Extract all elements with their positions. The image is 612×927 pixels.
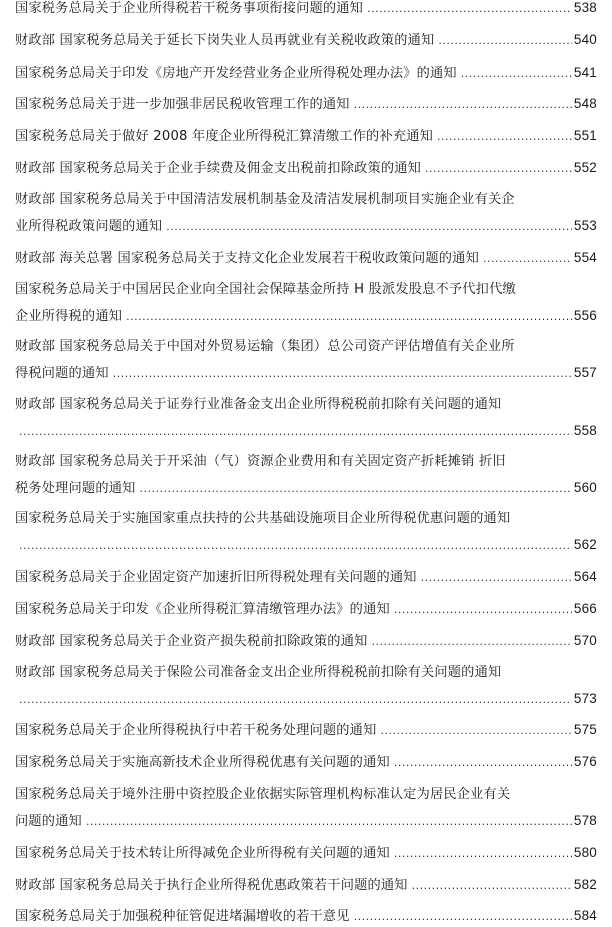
page-number: 556 xyxy=(574,303,597,329)
page-number: 541 xyxy=(574,60,597,86)
toc-entry[interactable]: 财政部 国家税务总局关于延长下岗失业人员再就业有关税收政策的通知540 xyxy=(15,27,597,54)
page-number: 575 xyxy=(574,717,597,743)
toc-entry[interactable]: 国家税务总局关于做好 2008 年度企业所得税汇算清缴工作的补充通知551 xyxy=(15,123,597,150)
entry-title-line-2: 得税问题的通知 xyxy=(15,361,109,387)
entry-title: 国家税务总局关于印发《房地产开发经营业务企业所得税处理办法》的通知 xyxy=(15,61,457,87)
entry-title: 国家税务总局关于技术转让所得减免企业所得税有关问题的通知 xyxy=(15,841,390,867)
toc-entry[interactable]: 财政部 国家税务总局关于执行企业所得税优惠政策若干问题的通知582 xyxy=(15,872,597,899)
page-number: 564 xyxy=(574,564,597,590)
leader-dots xyxy=(437,124,572,150)
toc-entry[interactable]: 财政部 国家税务总局关于中国清洁发展机制基金及清洁发展机制项目实施企业有关企 业… xyxy=(15,187,597,239)
toc-entry[interactable]: 国家税务总局关于实施高新技术企业所得税优惠有关问题的通知576 xyxy=(15,749,597,776)
entry-title-line-1: 财政部 国家税务总局关于证券行业准备金支出企业所得税税前扣除有关问题的通知 xyxy=(15,392,597,418)
entry-title-line-1: 国家税务总局关于中国居民企业向全国社会保障基金所持 H 股派发股息不予代扣代缴 xyxy=(15,277,597,303)
entry-title-line-1: 财政部 国家税务总局关于保险公司准备金支出企业所得税税前扣除有关问题的通知 xyxy=(15,660,597,686)
page-number: 553 xyxy=(574,213,597,239)
leader-dots xyxy=(421,565,572,591)
leader-dots xyxy=(86,809,572,835)
toc-entry[interactable]: 国家税务总局关于中国居民企业向全国社会保障基金所持 H 股派发股息不予代扣代缴 … xyxy=(15,277,597,329)
page-number: 552 xyxy=(574,155,597,181)
entry-title: 国家税务总局关于企业所得税执行中若干税务处理问题的通知 xyxy=(15,718,376,744)
entry-title: 国家税务总局关于实施高新技术企业所得税优惠有关问题的通知 xyxy=(15,750,390,776)
leader-dots xyxy=(19,419,572,445)
page-number: 560 xyxy=(574,475,597,501)
toc-entry[interactable]: 国家税务总局关于境外注册中资控股企业依据实际管理机构标准认定为居民企业有关 问题… xyxy=(15,782,597,834)
entry-title-line-1: 财政部 国家税务总局关于中国清洁发展机制基金及清洁发展机制项目实施企业有关企 xyxy=(15,187,597,213)
toc-entry[interactable]: 财政部 国家税务总局关于中国对外贸易运输（集团）总公司资产评估增值有关企业所 得… xyxy=(15,334,597,386)
toc-entry[interactable]: 财政部 国家税务总局关于企业资产损失税前扣除政策的通知570 xyxy=(15,628,597,655)
page-number: 557 xyxy=(574,360,597,386)
leader-dots xyxy=(438,28,571,54)
leader-dots xyxy=(19,687,572,713)
entry-title-line-2: 业所得税政策问题的通知 xyxy=(15,214,162,240)
entry-title: 国家税务总局关于加强税种征管促进堵漏增收的若干意见 xyxy=(15,904,350,927)
page-number: 580 xyxy=(574,840,597,866)
entry-title: 国家税务总局关于企业固定资产加速折旧所得税处理有关问题的通知 xyxy=(15,565,417,591)
entry-title-line-2: 问题的通知 xyxy=(15,809,82,835)
entry-title: 财政部 海关总署 国家税务总局关于支持文化企业发展若干税收政策问题的通知 xyxy=(15,246,479,272)
page-number: 584 xyxy=(574,903,597,927)
leader-dots xyxy=(367,0,572,22)
leader-dots xyxy=(19,533,572,559)
toc-entry[interactable]: 国家税务总局关于加强税种征管促进堵漏增收的若干意见584 xyxy=(15,903,597,927)
entry-title-line-2: 税务处理问题的通知 xyxy=(15,476,136,502)
page-number: 548 xyxy=(574,91,597,117)
toc-entry[interactable]: 国家税务总局关于进一步加强非居民税收管理工作的通知548 xyxy=(15,91,597,118)
leader-dots xyxy=(483,246,572,272)
entry-title-line-2: 企业所得税的通知 xyxy=(15,304,122,330)
toc-entry[interactable]: 国家税务总局关于印发《企业所得税汇算清缴管理办法》的通知566 xyxy=(15,596,597,623)
toc-entry[interactable]: 国家税务总局关于企业所得税若干税务事项衔接问题的通知538 xyxy=(15,0,597,22)
toc-entry[interactable]: 财政部 国家税务总局关于开采油（气）资源企业费用和有关固定资产折耗摊销 折旧 税… xyxy=(15,449,597,501)
page-number: 538 xyxy=(574,0,597,21)
entry-title-line-1: 财政部 国家税务总局关于中国对外贸易运输（集团）总公司资产评估增值有关企业所 xyxy=(15,334,597,360)
leader-dots xyxy=(394,597,572,623)
leader-dots xyxy=(126,304,572,330)
page-number: 554 xyxy=(574,245,597,271)
page-number: 573 xyxy=(574,686,597,712)
toc-entry[interactable]: 财政部 国家税务总局关于企业手续费及佣金支出税前扣除政策的通知552 xyxy=(15,155,597,182)
leader-dots xyxy=(371,629,571,655)
leader-dots xyxy=(140,476,572,502)
entry-title: 财政部 国家税务总局关于延长下岗失业人员再就业有关税收政策的通知 xyxy=(15,28,434,54)
leader-dots xyxy=(166,214,572,240)
leader-dots xyxy=(394,841,572,867)
entry-title: 财政部 国家税务总局关于企业资产损失税前扣除政策的通知 xyxy=(15,629,367,655)
toc-entry[interactable]: 国家税务总局关于技术转让所得减免企业所得税有关问题的通知580 xyxy=(15,840,597,867)
leader-dots xyxy=(412,873,572,899)
leader-dots xyxy=(461,61,572,87)
entry-title: 国家税务总局关于企业所得税若干税务事项衔接问题的通知 xyxy=(15,0,363,22)
entry-title: 国家税务总局关于做好 2008 年度企业所得税汇算清缴工作的补充通知 xyxy=(15,124,433,150)
page-number: 558 xyxy=(574,418,597,444)
toc-entry[interactable]: 财政部 海关总署 国家税务总局关于支持文化企业发展若干税收政策问题的通知554 xyxy=(15,245,597,272)
page-number: 576 xyxy=(574,749,597,775)
leader-dots xyxy=(394,750,572,776)
page-number: 566 xyxy=(574,596,597,622)
leader-dots xyxy=(425,156,572,182)
leader-dots xyxy=(113,361,572,387)
toc-entry[interactable]: 国家税务总局关于企业固定资产加速折旧所得税处理有关问题的通知564 xyxy=(15,564,597,591)
toc-entry[interactable]: 财政部 国家税务总局关于保险公司准备金支出企业所得税税前扣除有关问题的通知 57… xyxy=(15,660,597,712)
entry-title-line-1: 国家税务总局关于境外注册中资控股企业依据实际管理机构标准认定为居民企业有关 xyxy=(15,782,597,808)
page-number: 578 xyxy=(574,808,597,834)
entry-title-line-1: 国家税务总局关于实施国家重点扶持的公共基础设施项目企业所得税优惠问题的通知 xyxy=(15,506,597,532)
entry-title-line-1: 财政部 国家税务总局关于开采油（气）资源企业费用和有关固定资产折耗摊销 折旧 xyxy=(15,449,597,475)
entry-title: 财政部 国家税务总局关于企业手续费及佣金支出税前扣除政策的通知 xyxy=(15,156,421,182)
toc-entry[interactable]: 财政部 国家税务总局关于证券行业准备金支出企业所得税税前扣除有关问题的通知 55… xyxy=(15,392,597,444)
toc-entry[interactable]: 国家税务总局关于实施国家重点扶持的公共基础设施项目企业所得税优惠问题的通知 56… xyxy=(15,506,597,558)
page-number: 570 xyxy=(574,628,597,654)
page-number: 562 xyxy=(574,532,597,558)
entry-title: 国家税务总局关于进一步加强非居民税收管理工作的通知 xyxy=(15,92,350,118)
toc-entry[interactable]: 国家税务总局关于企业所得税执行中若干税务处理问题的通知575 xyxy=(15,717,597,744)
page-number: 582 xyxy=(574,872,597,898)
entry-title: 财政部 国家税务总局关于执行企业所得税优惠政策若干问题的通知 xyxy=(15,873,408,899)
page-number: 551 xyxy=(574,123,597,149)
entry-title: 国家税务总局关于印发《企业所得税汇算清缴管理办法》的通知 xyxy=(15,597,390,623)
toc-entry[interactable]: 国家税务总局关于印发《房地产开发经营业务企业所得税处理办法》的通知541 xyxy=(15,60,597,87)
leader-dots xyxy=(354,92,572,118)
leader-dots xyxy=(354,904,572,927)
page-number: 540 xyxy=(574,27,597,53)
leader-dots xyxy=(380,718,571,744)
